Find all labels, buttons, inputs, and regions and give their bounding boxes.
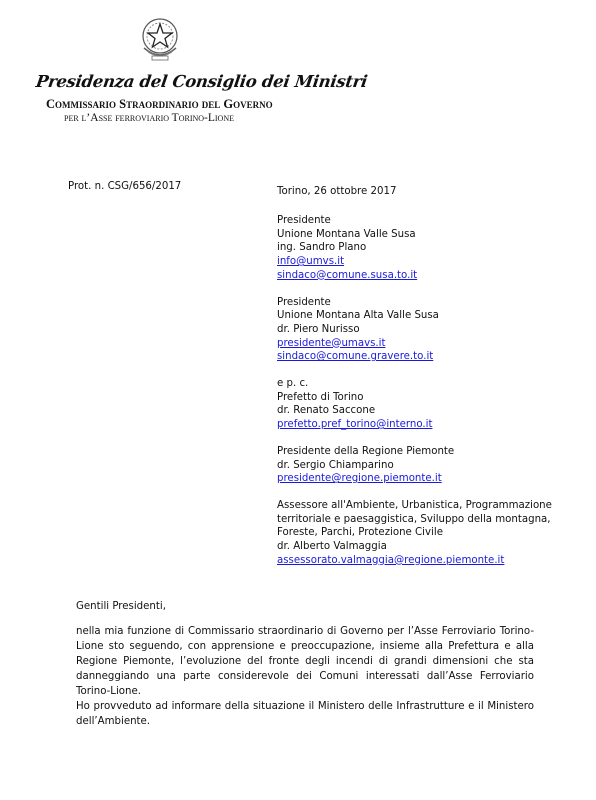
- recipient-line: dr. Renato Saccone: [277, 404, 577, 418]
- italian-republic-emblem-icon: [138, 14, 182, 64]
- recipient-line: Presidente della Regione Piemonte: [277, 445, 577, 459]
- place-date: Torino, 26 ottobre 2017: [277, 186, 396, 197]
- office-title: Commissario Straordinario del Governo: [46, 97, 273, 112]
- recipient-block: PresidenteUnione Montana Alta Valle Susa…: [277, 296, 577, 365]
- recipient-line: e p. c.: [277, 377, 577, 391]
- recipient-line: Unione Montana Alta Valle Susa: [277, 309, 577, 323]
- salutation: Gentili Presidenti,: [76, 601, 166, 612]
- email-link[interactable]: info@umvs.it: [277, 256, 344, 267]
- recipients-list: PresidenteUnione Montana Valle Susaing. …: [277, 214, 577, 580]
- email-line: presidente@umavs.it: [277, 337, 577, 351]
- recipient-block: Assessore all'Ambiente, Urbanistica, Pro…: [277, 499, 577, 568]
- email-link[interactable]: presidente@regione.piemonte.it: [277, 473, 442, 484]
- recipient-line: dr. Piero Nurisso: [277, 323, 577, 337]
- recipient-line: dr. Sergio Chiamparino: [277, 459, 577, 473]
- institution-name: Presidenza del Consiglio dei Ministri: [35, 72, 288, 91]
- email-line: assessorato.valmaggia@regione.piemonte.i…: [277, 554, 577, 568]
- body-paragraph: nella mia funzione di Commissario straor…: [76, 624, 534, 699]
- email-line: info@umvs.it: [277, 255, 577, 269]
- office-subtitle: per l’Asse ferroviario Torino-Lione: [64, 112, 234, 124]
- email-line: sindaco@comune.gravere.to.it: [277, 350, 577, 364]
- protocol-number: Prot. n. CSG/656/2017: [68, 181, 181, 192]
- recipient-block: Presidente della Regione Piemontedr. Ser…: [277, 445, 577, 486]
- email-link[interactable]: assessorato.valmaggia@regione.piemonte.i…: [277, 555, 504, 566]
- recipient-line: Presidente: [277, 214, 577, 228]
- recipient-line: Presidente: [277, 296, 577, 310]
- recipient-line: ing. Sandro Plano: [277, 241, 577, 255]
- recipient-line: Prefetto di Torino: [277, 391, 577, 405]
- recipient-line: dr. Alberto Valmaggia: [277, 540, 577, 554]
- recipient-line: Unione Montana Valle Susa: [277, 228, 577, 242]
- email-link[interactable]: sindaco@comune.susa.to.it: [277, 270, 417, 281]
- email-line: sindaco@comune.susa.to.it: [277, 269, 577, 283]
- recipient-block: e p. c.Prefetto di Torinodr. Renato Sacc…: [277, 377, 577, 432]
- recipient-line: Assessore all'Ambiente, Urbanistica, Pro…: [277, 499, 577, 513]
- recipient-line: territoriale e paesaggistica, Sviluppo d…: [277, 513, 577, 527]
- body-paragraph: Ho provveduto ad informare della situazi…: [76, 699, 534, 729]
- email-link[interactable]: prefetto.pref_torino@interno.it: [277, 419, 432, 430]
- recipient-block: PresidenteUnione Montana Valle Susaing. …: [277, 214, 577, 283]
- email-link[interactable]: sindaco@comune.gravere.to.it: [277, 351, 433, 362]
- email-link[interactable]: presidente@umavs.it: [277, 338, 386, 349]
- email-line: prefetto.pref_torino@interno.it: [277, 418, 577, 432]
- email-line: presidente@regione.piemonte.it: [277, 472, 577, 486]
- recipient-line: Foreste, Parchi, Protezione Civile: [277, 526, 577, 540]
